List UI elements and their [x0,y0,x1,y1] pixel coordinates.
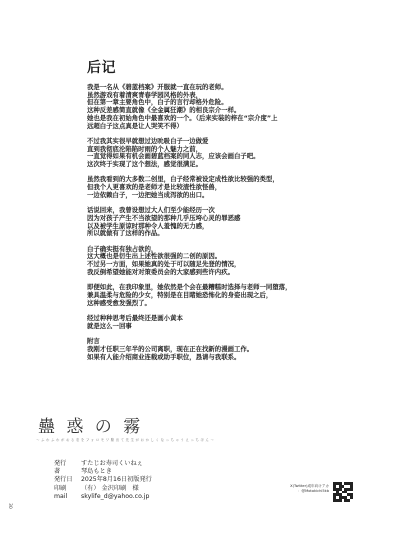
colophon-key: 発行 [54,460,81,468]
paragraph: 话说回来，我曾设想过大人们至少能经历一次因为对孩子产生不当欲望的那种几乎压垮心灵… [87,207,327,238]
colophon-value: すたじお寿司くいねぇ [81,460,143,468]
colophon-row: 印刷（有） 金沢印刷 様 [54,485,152,493]
social-account: ：@Motokichi5kb [271,489,329,494]
afterword-body: 我是一名从《碧蓝档案》开服就一直在玩的老师。虽然游戏有着清爽青春学园风格的外表，… [87,84,327,369]
text-line: 就是这么一回事 [87,323,327,331]
text-line: 如果有人能介绍商业连载或助手职位，恳请与我联系。 [87,354,327,362]
colophon-value: （有） 金沢印刷 様 [81,485,139,493]
colophon-value[interactable]: skylife_d@yahoo.co.jp [81,493,149,501]
paragraph: 附言我刚才任职三年半的公司离职，现在正在找新的漫画工作。如果有人能介绍商业连载或… [87,338,327,361]
page-number: 30 [7,503,12,509]
text-line: 我反倒希望她能对对策委员会的大家感到些许内疚。 [87,269,327,277]
text-line: 一边依赖白子，一边把她当成泻欲的出口。 [87,192,327,200]
text-line: 所以就做有了这样的作品。 [87,230,327,238]
book-title: 蠱 惑 の 霧 [38,412,143,437]
qr-module [350,499,353,502]
paragraph: 白子确实挺有独占欲的，这大概也是衍生出上述性欲很强的二创的原因。不过另一方面，如… [87,246,327,277]
paragraph: 虽然我看到的大多数二创里，白子经常被设定成性欲比较强的类型，但我个人更喜欢的是老… [87,176,327,199]
colophon: 発行すたじお寿司くいねぇ著琴島もとき発行日2025年8月16日初版発行印刷（有）… [54,460,152,501]
colophon-key: mail [54,493,81,501]
paragraph: 不过我其实很早就想过边吮吸白子一边做爱直到我彻底沦陷陷时雨的个人魅力之前，一直觉… [87,138,327,169]
text-line: 远超白子这点真是让人哭笑不得） [87,123,327,131]
colophon-row: 発行すたじお寿司くいねぇ [54,460,152,468]
paragraph: 经过种种思考后最终还是画小黄本就是这么一回事 [87,315,327,330]
colophon-row: 発行日2025年8月16日初版発行 [54,476,152,484]
text-line: 这次终于实现了这个想法，感觉很满足。 [87,161,327,169]
text-line: 这种感受愈发强烈了。 [87,300,327,308]
colophon-key: 発行日 [54,476,81,484]
colophon-key: 印刷 [54,485,81,493]
qr-code-icon [333,482,353,502]
book-subtitle: 〜ふわふわがおる変をフォロモワ駆出て先生がおかしくなっちゃうえっちほん〜 [36,437,356,442]
page-title: 后记 [87,57,116,77]
paragraph: 我是一名从《碧蓝档案》开服就一直在玩的老师。虽然游戏有着清爽青春学园风格的外表，… [87,84,327,130]
colophon-row: mailskylife_d@yahoo.co.jp [54,493,152,501]
social-handle: X(Twitter)成年向けアカ ：@Motokichi5kb [271,484,329,494]
colophon-value: 2025年8月16日初版発行 [81,476,152,484]
paragraph: 即便如此，在我印象里，她依然是个会在最糟糕时选择与老师一同堕落，兼具温柔与危险的… [87,284,327,307]
